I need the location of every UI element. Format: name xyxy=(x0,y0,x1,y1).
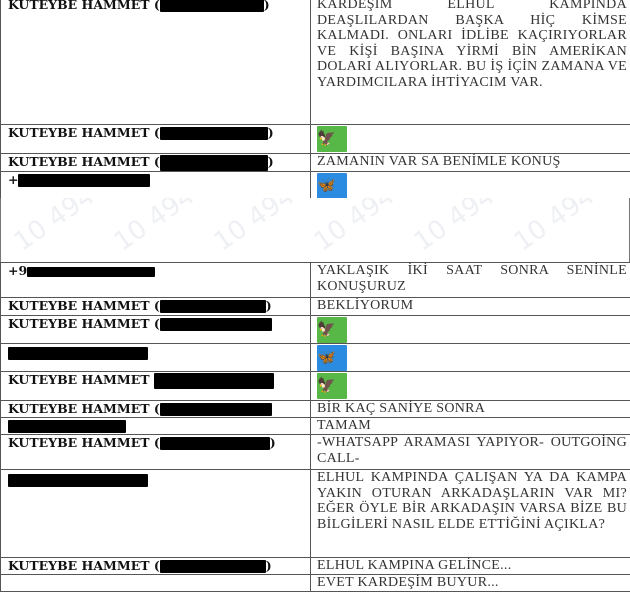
redacted-phone xyxy=(160,318,272,331)
sender-name: KUTEYBE HAMMET ( xyxy=(8,316,160,331)
message-cell: 🦅 xyxy=(311,316,630,344)
page-break: 10 494 10 494 10 494 10 494 10 494 10 49… xyxy=(0,198,630,262)
table-row: 🦋 xyxy=(1,344,630,372)
watermark: 10 494 xyxy=(509,198,601,257)
chat-log-table-1: KUTEYBE HAMMET () KARDEŞİM ELHUL KAMPIND… xyxy=(0,0,630,202)
message-cell: TAMAM xyxy=(311,418,630,435)
message-cell: 🦅 xyxy=(311,125,630,154)
message-cell: ELHUL KAMPINDA ÇALIŞAN YA DA KAMPA YAKIN… xyxy=(311,470,630,558)
watermark: 10 494 xyxy=(409,198,501,257)
sender-cell: + xyxy=(1,172,311,202)
message-cell: 🦋 xyxy=(311,172,630,202)
table-row: KUTEYBE HAMMET () ZAMANIN VAR SA BENİMLE… xyxy=(1,154,630,172)
table-row: ELHUL KAMPINDA ÇALIŞAN YA DA KAMPA YAKIN… xyxy=(1,470,630,558)
table-row: +9 YAKLAŞIK İKİ SAAT SONRA SENİNLE KONUŞ… xyxy=(1,263,630,298)
message-cell: ELHUL KAMPINA GELİNCE... xyxy=(311,558,630,575)
sender-cell xyxy=(1,418,311,435)
sender-name: KUTEYBE HAMMET ( xyxy=(8,401,160,416)
sender-cell: +9 xyxy=(1,263,311,298)
redacted-phone xyxy=(160,0,264,12)
eagle-icon: 🦅 xyxy=(317,317,347,343)
table-row: KUTEYBE HAMMET () KARDEŞİM ELHUL KAMPIND… xyxy=(1,0,630,125)
sender-name: + xyxy=(8,172,18,187)
sender-cell: KUTEYBE HAMMET () xyxy=(1,0,311,125)
sender-name: KUTEYBE HAMMET ( xyxy=(8,558,160,573)
sender-cell: KUTEYBE HAMMET () xyxy=(1,558,311,575)
sender-cell: KUTEYBE HAMMET ( xyxy=(1,316,311,344)
redacted-phone xyxy=(154,373,274,389)
message-cell: 🦋 xyxy=(311,344,630,372)
sender-cell xyxy=(1,344,311,372)
table-row: + 🦋 xyxy=(1,172,630,202)
redacted-phone xyxy=(8,474,148,487)
sender-cell: KUTEYBE HAMMET xyxy=(1,372,311,401)
message-cell: BİR KAÇ SANİYE SONRA xyxy=(311,401,630,418)
message-cell: -WHATSAPP ARAMASI YAPIYOR- OUTGOİNG CALL… xyxy=(311,435,630,470)
redacted-phone xyxy=(160,127,268,140)
sender-cell: KUTEYBE HAMMET () xyxy=(1,125,311,154)
table-row: KUTEYBE HAMMET () 🦅 xyxy=(1,125,630,154)
table-row: KUTEYBE HAMMET 🦅 xyxy=(1,372,630,401)
sender-name: KUTEYBE HAMMET ( xyxy=(8,125,160,140)
table-row: TAMAM xyxy=(1,418,630,435)
redacted-phone xyxy=(8,420,126,433)
sender-cell: KUTEYBE HAMMET () xyxy=(1,154,311,172)
sender-name: KUTEYBE HAMMET ( xyxy=(8,435,160,450)
redacted-phone xyxy=(160,300,266,313)
table-row: KUTEYBE HAMMET () ELHUL KAMPINA GELİNCE.… xyxy=(1,558,630,575)
sender-name: KUTEYBE HAMMET ( xyxy=(8,154,160,169)
chat-log-table-2: +9 YAKLAŞIK İKİ SAAT SONRA SENİNLE KONUŞ… xyxy=(0,262,630,592)
sender-name: KUTEYBE HAMMET ( xyxy=(8,0,160,12)
eagle-icon: 🦅 xyxy=(317,373,347,399)
table-row: KUTEYBE HAMMET ( 🦅 xyxy=(1,316,630,344)
butterfly-icon: 🦋 xyxy=(317,173,347,199)
sender-cell xyxy=(1,470,311,558)
sender-name: KUTEYBE HAMMET xyxy=(8,372,150,387)
butterfly-icon: 🦋 xyxy=(317,345,347,371)
watermark: 10 494 xyxy=(309,198,401,257)
redacted-phone xyxy=(160,403,272,416)
table-row: KUTEYBE HAMMET () BEKLİYORUM xyxy=(1,298,630,316)
table-row: KUTEYBE HAMMET ( BİR KAÇ SANİYE SONRA xyxy=(1,401,630,418)
redacted-phone xyxy=(8,347,148,360)
watermark: 10 494 xyxy=(9,198,101,257)
watermark: 10 494 xyxy=(109,198,201,257)
message-cell: BEKLİYORUM xyxy=(311,298,630,316)
message-cell: EVET KARDEŞİM BUYUR... xyxy=(311,575,630,592)
redacted-phone xyxy=(160,560,266,573)
sender-name: KUTEYBE HAMMET ( xyxy=(8,298,160,313)
redacted-phone xyxy=(18,174,150,187)
table-row: KUTEYBE HAMMET () -WHATSAPP ARAMASI YAPI… xyxy=(1,435,630,470)
sender-name: +9 xyxy=(8,263,27,278)
redacted-phone xyxy=(27,267,155,277)
eagle-icon: 🦅 xyxy=(317,126,347,152)
message-cell: ZAMANIN VAR SA BENİMLE KONUŞ xyxy=(311,154,630,172)
sender-cell: KUTEYBE HAMMET () xyxy=(1,435,311,470)
watermark: 10 494 xyxy=(209,198,301,257)
message-cell: KARDEŞİM ELHUL KAMPINDA DEAŞLILARDAN BAŞ… xyxy=(311,0,630,125)
redacted-phone xyxy=(160,437,270,450)
sender-cell: KUTEYBE HAMMET ( xyxy=(1,401,311,418)
message-cell: YAKLAŞIK İKİ SAAT SONRA SENİNLE KONUŞURU… xyxy=(311,263,630,298)
message-cell: 🦅 xyxy=(311,372,630,401)
sender-cell xyxy=(1,575,311,592)
sender-cell: KUTEYBE HAMMET () xyxy=(1,298,311,316)
table-row: EVET KARDEŞİM BUYUR... xyxy=(1,575,630,592)
redacted-phone xyxy=(160,155,268,171)
